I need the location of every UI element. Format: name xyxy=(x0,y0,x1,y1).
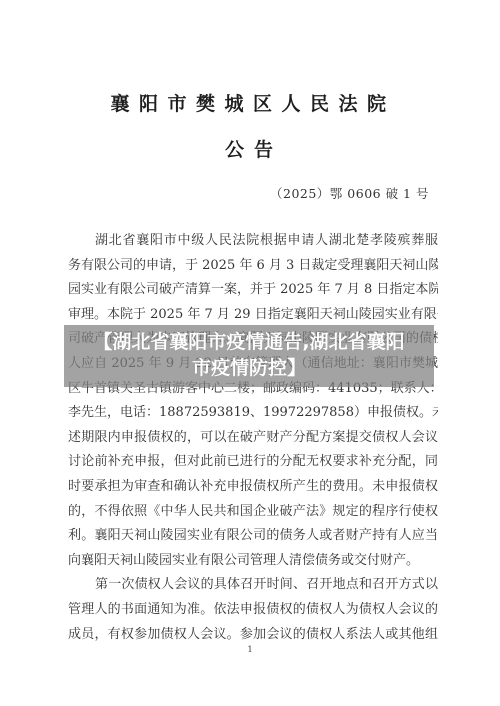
court-name-heading: 襄阳市樊城区人民法院 xyxy=(0,89,500,116)
notice-title: 公告 xyxy=(0,135,500,162)
body-line: 务有限公司的申请，于 2025 年 6 月 3 日裁定受理襄阳天祠山陵 xyxy=(68,254,438,279)
body-line: 向襄阳天祠山陵园实业有限公司管理人清偿债务或交付财产。 xyxy=(68,549,438,574)
body-line: 述期限内申报债权的，可以在破产财产分配方案提交债权人会议 xyxy=(68,426,438,451)
banner-line-1: 【湖北省襄阳市疫情通告,湖北省襄阳 xyxy=(64,329,434,355)
body-line: 讨论前补充申报，但对此前已进行的分配无权要求补充分配，同 xyxy=(68,450,438,475)
body-line: 审理。本院于 2025 年 7 月 29 日指定襄阳天祠山陵园实业有限公 xyxy=(68,303,438,328)
body-line: 园实业有限公司破产清算一案，并于 2025 年 7 月 8 日指定本院 xyxy=(68,278,438,303)
body-line: 第一次债权人会议的具体召开时间、召开地点和召开方式以 xyxy=(68,573,438,598)
body-line: 管理人的书面通知为准。依法申报债权的债权人为债权人会议的 xyxy=(68,598,438,623)
page-number: 1 xyxy=(0,645,500,654)
banner-line-2: 市疫情防控】 xyxy=(64,355,434,381)
body-line: 利。襄阳天祠山陵园实业有限公司的债务人或者财产持有人应当 xyxy=(68,524,438,549)
body-line: 湖北省襄阳市中级人民法院根据申请人湖北楚孝陵殡葬服 xyxy=(68,229,438,254)
case-number: （2025）鄂 0606 破 1 号 xyxy=(270,184,429,202)
notice-body: 湖北省襄阳市中级人民法院根据申请人湖北楚孝陵殡葬服 务有限公司的申请，于 202… xyxy=(68,229,438,647)
headline-overlay-banner: 【湖北省襄阳市疫情通告,湖北省襄阳 市疫情防控】 xyxy=(64,325,434,387)
body-line: 的，不得依照《中华人民共和国企业破产法》规定的程序行使权 xyxy=(68,500,438,525)
document-page: 襄阳市樊城区人民法院 公告 （2025）鄂 0606 破 1 号 湖北省襄阳市中… xyxy=(0,0,500,706)
body-line: 成员，有权参加债权人会议。参加会议的债权人系法人或其他组 xyxy=(68,623,438,648)
body-line: 时要承担为审查和确认补充申报债权所产生的费用。未申报债权 xyxy=(68,475,438,500)
body-line: 李先生，电话：18872593819、19972297858）申报债权。未在上 xyxy=(68,401,438,426)
